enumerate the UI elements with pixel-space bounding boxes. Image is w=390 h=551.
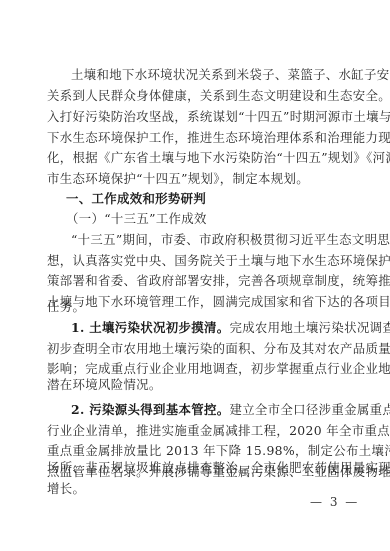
section-heading: 一、工作成效和形势研判 bbox=[66, 192, 363, 206]
intro-line-2: 关系到人民群众身体健康，关系到生态文明建设和生态安全。为深 bbox=[47, 89, 344, 103]
item-1-lead: 1. 土壤污染状况初步摸清。 bbox=[71, 321, 229, 335]
item-2-line-3: 重点重金属排放量比 2013 年下降 15.98%，制定公布土壤污染重 bbox=[47, 444, 344, 458]
item-1-first-line-rest: 完成农用地土壤污染状况调查， bbox=[229, 321, 390, 335]
intro-line-3: 入打好污染防治攻坚战，系统谋划“十四五”时期河源市土壤与地 bbox=[47, 110, 344, 124]
item-2-lead: 2. 污染源头得到基本管控。 bbox=[71, 403, 229, 417]
para2-line-5: 任务。 bbox=[47, 300, 344, 314]
page-number: — 3 — bbox=[310, 495, 359, 509]
item-2-first-line-rest: 建立全市全口径涉重金属重点 bbox=[229, 403, 390, 417]
document-page: 土壤和地下水环境状况关系到米袋子、菜篮子、水缸子安全， 关系到人民群众身体健康，… bbox=[0, 0, 390, 551]
item-2-line-2: 行业企业清单，推进实施重金属减排工程，2020 年全市重点行业 bbox=[47, 424, 344, 438]
para2-line-3: 策部署和省委、省政府部署安排，完善各项规章制度，统筹推进 bbox=[47, 274, 344, 288]
subsection-heading: （一）“十三五”工作成效 bbox=[66, 212, 363, 226]
intro-line-4: 下水生态环境保护工作，推进生态环境治理体系和治理能力现代 bbox=[47, 131, 344, 145]
para2-line-1: “十三五”期间，市委、市政府积极贯彻习近平生态文明思 bbox=[71, 233, 344, 247]
item-2-line-5: 场所、非正规垃圾堆放点排查整治。全市化肥农药使用量实现零 bbox=[47, 461, 344, 475]
item-2-first-line: 2. 污染源头得到基本管控。 建立全市全口径涉重金属重点 bbox=[71, 403, 344, 417]
para2-line-2: 想，认真落实党中央、国务院关于土壤与地下水生态环境保护决 bbox=[47, 254, 344, 268]
intro-line-6: 市生态环境保护“十四五”规划》，制定本规划。 bbox=[47, 172, 344, 186]
intro-line-5: 化，根据《广东省土壤与地下水污染防治“十四五”规划》《河源 bbox=[47, 151, 344, 165]
item-1-line-2: 初步查明全市农用地土壤污染的面积、分布及其对农产品质量的 bbox=[47, 342, 344, 356]
item-1-line-3: 影响；完成重点行业企业用地调查，初步掌握重点行业企业地块 bbox=[47, 362, 344, 376]
item-1-first-line: 1. 土壤污染状况初步摸清。 完成农用地土壤污染状况调查， bbox=[71, 321, 344, 335]
intro-line-1: 土壤和地下水环境状况关系到米袋子、菜篮子、水缸子安全， bbox=[71, 68, 344, 82]
item-1-line-4: 潜在环境风险情况。 bbox=[47, 378, 344, 392]
item-2-line-6: 增长。 bbox=[47, 482, 344, 496]
